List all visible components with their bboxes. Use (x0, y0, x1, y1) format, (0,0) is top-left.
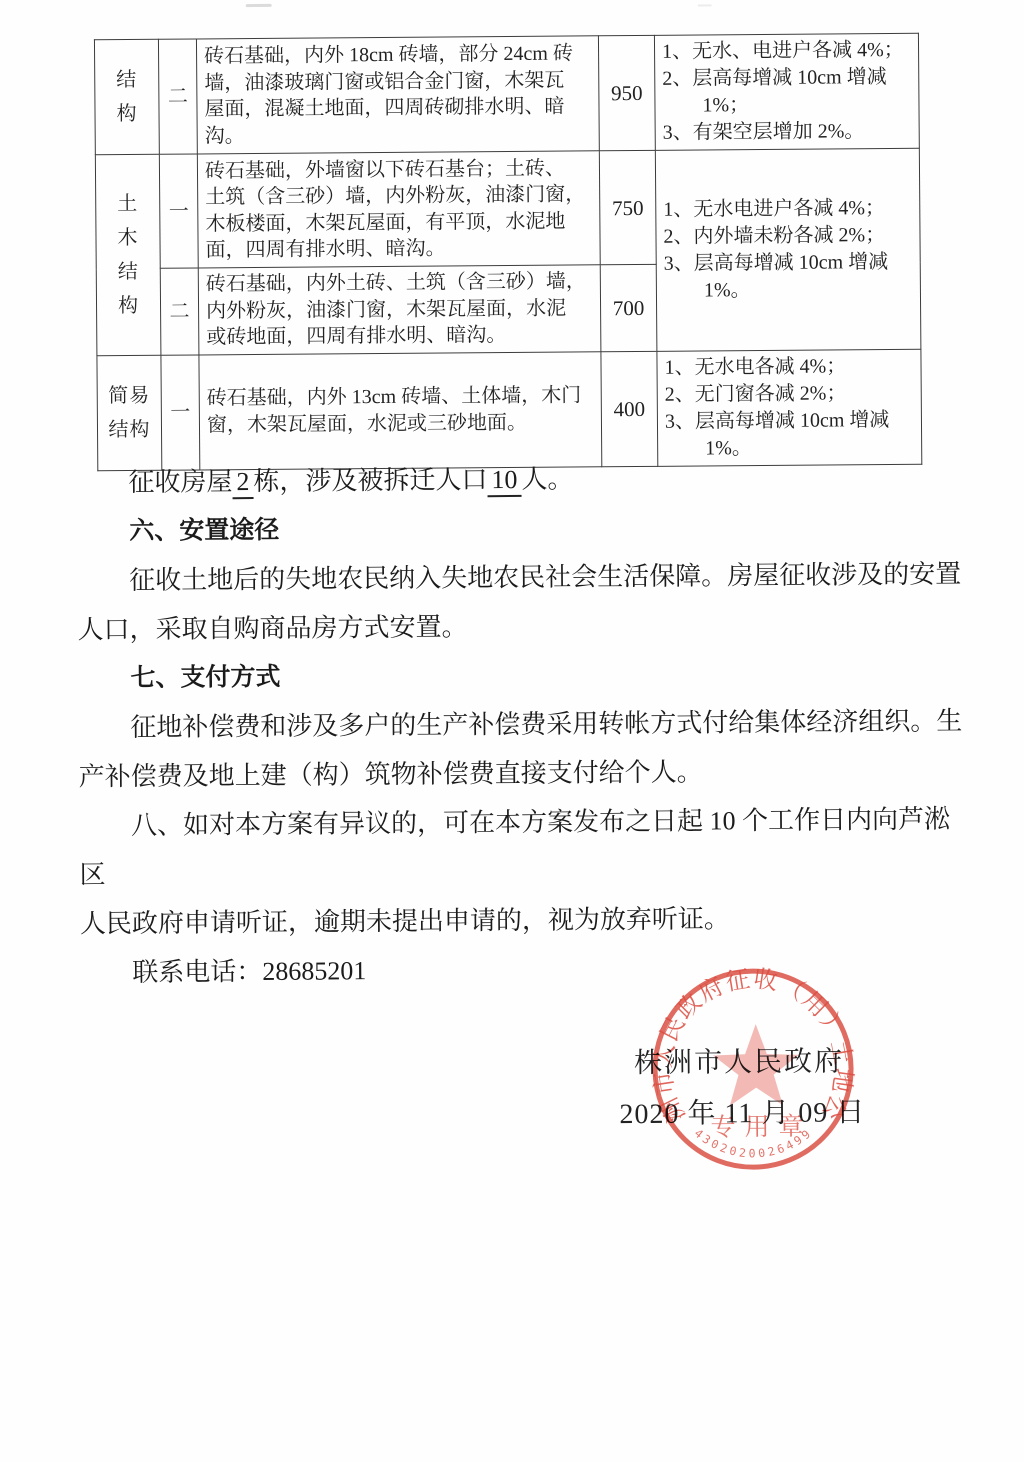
scanned-page: 结 构 二 砖石基础，内外 18cm 砖墙，部分 24cm 砖 墙，油漆玻璃门窗… (0, 0, 1024, 1462)
issue-date: 2020 年 11 月 09 日 (619, 1090, 865, 1132)
contact-phone-line: 联系电话：28685201 (80, 941, 970, 997)
summary-seg2: 栋，涉及被拆迁人口 (253, 465, 487, 496)
house-count-underlined: 2 (232, 467, 253, 499)
compensation-table: 结 构 二 砖石基础，内外 18cm 砖墙，部分 24cm 砖 墙，油漆玻璃门窗… (94, 33, 922, 471)
description-cell: 砖石基础，内外 18cm 砖墙，部分 24cm 砖 墙，油漆玻璃门窗或铝合金门窗… (196, 36, 599, 154)
table-row: 结 构 二 砖石基础，内外 18cm 砖墙，部分 24cm 砖 墙，油漆玻璃门窗… (94, 33, 919, 154)
paragraph-resettlement: 征收土地后的失地农民纳入失地农民社会生活保障。房屋征收涉及的安置 人口，采取自购… (77, 549, 968, 654)
summary-seg1: 征收房屋 (128, 467, 232, 497)
price-cell: 700 (600, 264, 657, 351)
document-body: 征收房屋2栋，涉及被拆迁人口10人。 六、安置途径 征收土地后的失地农民纳入失地… (76, 451, 970, 997)
scan-artifact (246, 4, 272, 7)
section-heading-7: 七、支付方式 (78, 647, 968, 703)
price-cell: 400 (601, 351, 658, 466)
paragraph-payment: 征地补偿费和涉及多户的生产补偿费采用转帐方式付给集体经济组织。生 产补偿费及地上… (78, 696, 969, 801)
description-cell: 砖石基础，内外 13cm 砖墙、土体墙，木门 窗，木架瓦屋面，水泥或三砂地面。 (199, 351, 602, 469)
price-cell: 750 (599, 150, 656, 264)
structure-type-cell: 简易 结构 (97, 355, 162, 470)
adjustments-cell: 1、无水电进户各减 4%； 2、内外墙未粉各减 2%； 3、层高每增减 10cm… (655, 148, 921, 351)
summary-seg3: 人。 (521, 465, 573, 494)
grade-cell: 一 (159, 154, 198, 268)
adjustments-cell: 1、无水电各减 4%； 2、无门窗各减 2%； 3、层高每增减 10cm 增减 … (657, 349, 922, 466)
scan-artifact (698, 4, 712, 6)
people-count-underlined: 10 (487, 465, 521, 497)
adjustments-cell: 1、无水、电进户各减 4%； 2、层高每增减 10cm 增减 1%； 3、有架空… (654, 33, 919, 150)
description-cell: 砖石基础，内外土砖、土筑（含三砂）墙， 内外粉灰，油漆门窗，木架瓦屋面，水泥 或… (198, 265, 601, 355)
description-cell: 砖石基础，外墙窗以下砖石基台；土砖、 土筑（含三砂）墙，内外粉灰，油漆门窗， 木… (197, 151, 600, 268)
issuer-name: 株洲市人民政府 (634, 1039, 844, 1081)
paragraph-objection: 八、如对本方案有异议的，可在本方案发布之日起 10 个工作日内向芦淞区 人民政府… (79, 794, 970, 948)
grade-cell: 一 (161, 354, 200, 469)
summary-line: 征收房屋2栋，涉及被拆迁人口10人。 (76, 451, 966, 507)
section-heading-6: 六、安置途径 (77, 500, 967, 556)
price-cell: 950 (598, 35, 655, 150)
grade-cell: 二 (158, 39, 197, 154)
grade-cell: 二 (160, 268, 199, 355)
structure-type-cell: 土 木 结 构 (95, 154, 161, 355)
structure-type-cell: 结 构 (94, 39, 159, 154)
table-row: 土 木 结 构 一 砖石基础，外墙窗以下砖石基台；土砖、 土筑（含三砂）墙，内外… (95, 148, 920, 268)
